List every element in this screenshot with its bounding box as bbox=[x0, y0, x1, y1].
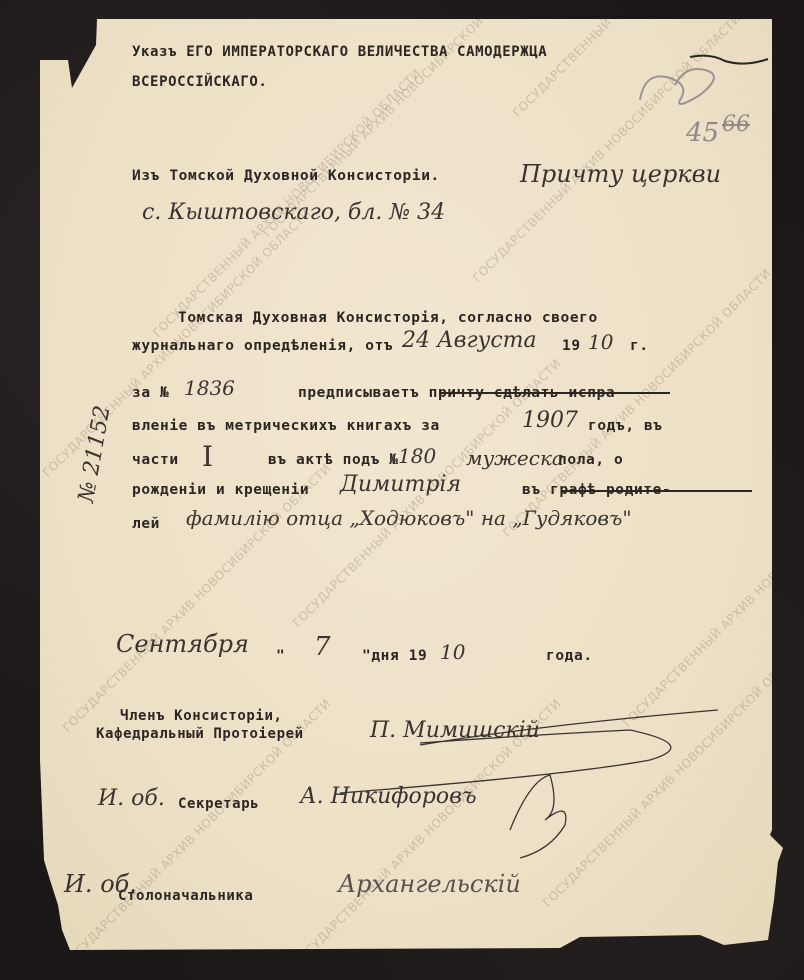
strike-through-line bbox=[562, 490, 752, 492]
body-line-5c: пола, о bbox=[558, 452, 623, 468]
secretary-flourish bbox=[490, 770, 590, 860]
watermark: ГОСУДАРСТВЕННЫЙ АРХИВ НОВОСИБИРСКОЙ ОБЛА… bbox=[60, 461, 334, 735]
body-line-1: Томская Духовная Консисторiя, согласно с… bbox=[178, 310, 598, 326]
resolution-date-handwritten: 24 Августа bbox=[402, 328, 537, 353]
decree-header-line2: ВСЕРОССIЙСКАГО. bbox=[132, 74, 267, 90]
body-line-7: лей bbox=[132, 516, 160, 532]
date-quote-open: " bbox=[276, 648, 285, 664]
day-handwritten: 7 bbox=[314, 632, 331, 662]
number-prefix: за № bbox=[132, 385, 169, 401]
member-title-1: Членъ Консисторiи, bbox=[120, 708, 283, 724]
struck-page-number: 66 bbox=[722, 112, 750, 137]
sex-handwritten: мужеска bbox=[466, 446, 564, 470]
act-label: въ актѣ подъ № bbox=[268, 452, 399, 468]
resolution-year-typed: 19 bbox=[562, 338, 581, 354]
year-handwritten: 10 bbox=[440, 640, 465, 664]
watermark: ГОСУДАРСТВЕННЫЙ АРХИВ НОВОСИБИРСКОЙ ОБЛА… bbox=[500, 266, 774, 540]
date-year-label: года. bbox=[546, 648, 593, 664]
month-handwritten: Сентября bbox=[116, 630, 249, 658]
secretary-signature: А. Никифоровъ bbox=[300, 784, 477, 809]
pencil-scribble bbox=[630, 60, 730, 120]
year-suffix: г. bbox=[630, 338, 649, 354]
part-label: части bbox=[132, 452, 179, 468]
part-number-handwritten: I bbox=[202, 440, 213, 473]
margin-note-handwritten: № 21152 bbox=[74, 404, 116, 505]
act-number-handwritten: 180 bbox=[398, 444, 436, 468]
header-main: ЕГО ИМПЕРАТОРСКАГО ВЕЛИЧЕСТВА САМОДЕРЖЦА bbox=[186, 44, 547, 60]
decree-header-line1: Указъ ЕГО ИМПЕРАТОРСКАГО ВЕЛИЧЕСТВА САМО… bbox=[132, 44, 547, 60]
addressee-handwritten: Причту церкви bbox=[520, 160, 721, 188]
resolution-number-handwritten: 1836 bbox=[184, 376, 235, 400]
correction-handwritten: фамилiю отца „Ходюковъ" на „Гудяковъ" bbox=[186, 506, 632, 530]
secretary-prefix-handwritten: И. об. bbox=[98, 786, 165, 811]
resolution-year-handwritten: 10 bbox=[588, 330, 613, 354]
child-name-handwritten: Димитрiя bbox=[340, 472, 461, 497]
body-line-4b: годъ, въ bbox=[588, 418, 663, 434]
journal-resolution-text: журнальнаго опредѣленiя, отъ bbox=[132, 338, 393, 354]
archive-page-number: 45 bbox=[686, 118, 719, 148]
addressee-village-handwritten: с. Кыштовскаго, бл. № 34 bbox=[142, 200, 445, 225]
clerk-title: Столоначальника bbox=[118, 888, 253, 904]
document-page: ГОСУДАРСТВЕННЫЙ АРХИВ НОВОСИБИРСКОЙ ОБЛА… bbox=[0, 0, 804, 980]
from-consistory: Изъ Томской Духовной Консисторiи. bbox=[132, 168, 440, 184]
body-line-2: журнальнаго опредѣленiя, отъ bbox=[132, 338, 393, 354]
body-line-4a: вленiе въ метрическихъ книгахъ за bbox=[132, 418, 440, 434]
metric-book-year-handwritten: 1907 bbox=[522, 408, 578, 433]
member-title-2: Кафедральный Протоiерей bbox=[96, 726, 304, 742]
clerk-signature: Архангельскiй bbox=[338, 870, 521, 898]
secretary-title: Секретарь bbox=[178, 796, 259, 812]
body-line-6a: рожденiи и крещенiи bbox=[132, 482, 309, 498]
header-prefix: Указъ bbox=[132, 44, 177, 60]
strike-through-line bbox=[440, 392, 670, 394]
date-day-label: "дня 19 bbox=[362, 648, 427, 664]
